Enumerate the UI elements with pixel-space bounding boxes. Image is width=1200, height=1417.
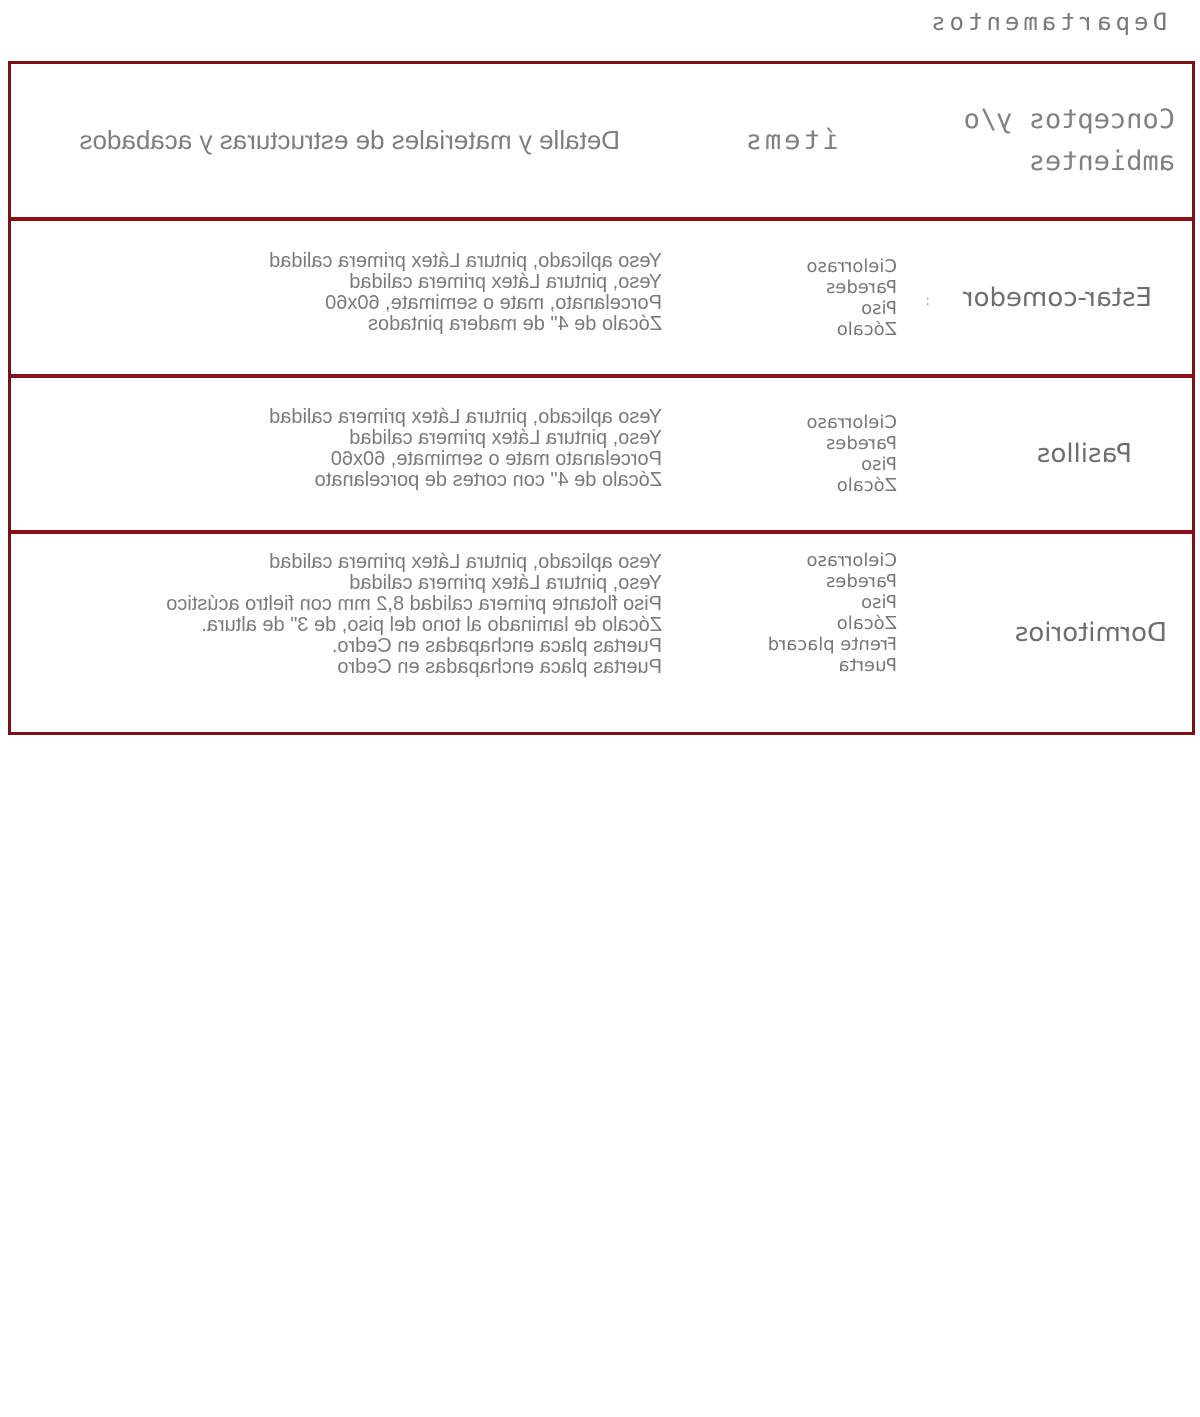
concept-label: Estar-comedor bbox=[963, 283, 1152, 313]
list-line: Yeso aplicado, pintura Látex primera cal… bbox=[269, 407, 662, 428]
list-line: Cielorraso bbox=[768, 550, 897, 571]
list-line: Porcelanato, mate o semimate, 60x60 bbox=[269, 293, 662, 314]
item-list: CielorrasoParedesPisoZócalo bbox=[806, 412, 897, 496]
concept-label: Pasillos bbox=[1037, 439, 1132, 469]
header-items: ítems bbox=[743, 120, 897, 162]
concept-cell: Dormitorios bbox=[907, 534, 1192, 732]
item-list: CielorrasoParedesPisoZócaloFrente placar… bbox=[768, 550, 897, 676]
items-cell: CielorrasoParedesPisoZócaloFrente placar… bbox=[672, 534, 907, 732]
list-line: Yeso, pintura Látex primera calidad bbox=[269, 428, 662, 449]
list-line: Paredes bbox=[806, 433, 897, 454]
detail-list: Yeso aplicado, pintura Látex primera cal… bbox=[269, 251, 662, 335]
concept-cell: Pasillos bbox=[907, 378, 1192, 530]
list-line: Puerta bbox=[768, 655, 897, 676]
list-line: Frente placard bbox=[768, 634, 897, 655]
concept-cell: Estar-comedor bbox=[907, 221, 1192, 374]
list-line: Zócalo bbox=[806, 319, 897, 340]
list-line: Porcelanato mate o semimate, 60x60 bbox=[269, 449, 662, 470]
list-line: Yeso aplicado, pintura Látex primera cal… bbox=[269, 251, 662, 272]
stray-colon: : bbox=[925, 293, 930, 309]
list-line: Zócalo de laminado al tono del piso, de … bbox=[87, 615, 662, 636]
list-line: Piso bbox=[768, 592, 897, 613]
list-line: Puertas placa enchapadas en Cedro. bbox=[87, 636, 662, 657]
list-line: Puertas placa enchapadas en Cedro bbox=[87, 657, 662, 678]
items-cell: CielorrasoParedesPisoZócalo bbox=[672, 221, 907, 374]
list-line: Piso bbox=[806, 454, 897, 475]
item-list: CielorrasoParedesPisoZócalo bbox=[806, 256, 897, 340]
header-concept-cell: Conceptos y/o ambientes bbox=[907, 64, 1192, 217]
document-title: Departamentos bbox=[927, 8, 1167, 36]
detail-list: Yeso aplicado, pintura Látex primera cal… bbox=[87, 552, 662, 678]
concept-label: Dormitorios bbox=[1015, 618, 1167, 648]
mirrored-document: Departamentos Conceptos y/o ambientes ít… bbox=[0, 0, 1200, 1417]
list-line: Zócalo de 4" de madera pintados bbox=[269, 314, 662, 335]
list-line: Zócalo de 4" con cortes de porcelanato bbox=[269, 470, 662, 491]
list-line: Yeso, pintura Látex primera calidad bbox=[269, 272, 662, 293]
table-row: Pasillos CielorrasoParedesPisoZócalo Yes… bbox=[11, 378, 1192, 534]
detail-cell: Yeso aplicado, pintura Látex primera cal… bbox=[11, 221, 672, 374]
detail-list: Yeso aplicado, pintura Látex primera cal… bbox=[269, 407, 662, 491]
finishes-table: Conceptos y/o ambientes ítems Detalle y … bbox=[8, 61, 1195, 735]
header-items-cell: ítems bbox=[672, 64, 907, 217]
list-line: Yeso, pintura Látex primera calidad bbox=[87, 573, 662, 594]
detail-cell: Yeso aplicado, pintura Látex primera cal… bbox=[11, 534, 672, 732]
list-line: Cielorraso bbox=[806, 256, 897, 277]
list-line: Yeso aplicado, pintura Látex primera cal… bbox=[87, 552, 662, 573]
list-line: Zócalo bbox=[806, 475, 897, 496]
list-line: Piso bbox=[806, 298, 897, 319]
list-line: Cielorraso bbox=[806, 412, 897, 433]
table-row: Dormitorios CielorrasoParedesPisoZócaloF… bbox=[11, 534, 1192, 732]
list-line: Zócalo bbox=[768, 613, 897, 634]
table-header-row: Conceptos y/o ambientes ítems Detalle y … bbox=[11, 64, 1192, 221]
list-line: Paredes bbox=[768, 571, 897, 592]
items-cell: CielorrasoParedesPisoZócalo bbox=[672, 378, 907, 530]
header-concept: Conceptos y/o ambientes bbox=[935, 99, 1175, 183]
list-line: Paredes bbox=[806, 277, 897, 298]
table-row: Estar-comedor : CielorrasoParedesPisoZóc… bbox=[11, 221, 1192, 378]
list-line: Piso flotante primera calidad 8,2 mm con… bbox=[87, 594, 662, 615]
header-detail: Detalle y materiales de estructuras y ac… bbox=[80, 125, 643, 156]
header-detail-cell: Detalle y materiales de estructuras y ac… bbox=[11, 64, 672, 217]
detail-cell: Yeso aplicado, pintura Látex primera cal… bbox=[11, 378, 672, 530]
